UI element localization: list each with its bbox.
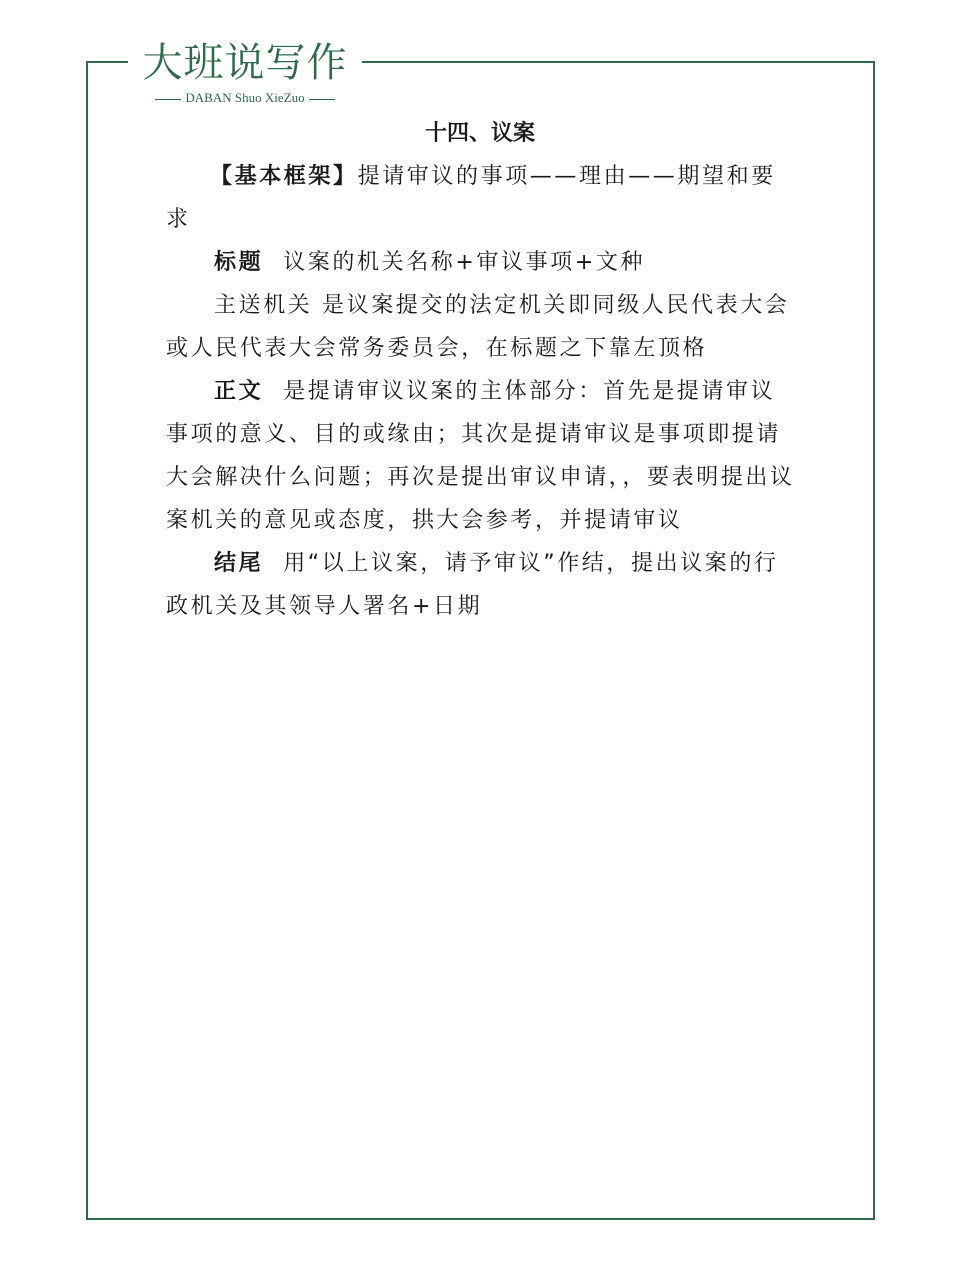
section-label: 标题 xyxy=(214,250,263,275)
brand-logo: 大班说写作 DABAN Shuo XieZuo xyxy=(128,38,362,106)
document-body: 【基本框架】提请审议的事项——理由——期望和要求 标题议案的机关名称+审议事项+… xyxy=(166,155,798,628)
framework-label: 【基本框架】 xyxy=(210,164,358,189)
section-label: 正文 xyxy=(214,379,263,404)
section-ending: 结尾用“以上议案，请予审议”作结，提出议案的行政机关及其领导人署名+日期 xyxy=(166,542,798,628)
brand-name-en-text: DABAN Shuo XieZuo xyxy=(185,90,304,105)
divider xyxy=(309,99,335,100)
divider xyxy=(155,99,181,100)
section-label-plain: 主送机关 xyxy=(214,293,312,318)
section-recipient: 主送机关 是议案提交的法定机关即同级人民代表大会或人民代表大会常务委员会，在标题… xyxy=(166,284,798,370)
section-label: 结尾 xyxy=(214,551,263,576)
brand-name-cn: 大班说写作 xyxy=(134,38,356,88)
document-title: 十四、议案 xyxy=(0,118,960,148)
section-text: 议案的机关名称+审议事项+文种 xyxy=(283,250,645,275)
framework-paragraph: 【基本框架】提请审议的事项——理由——期望和要求 xyxy=(166,155,798,241)
section-body: 正文是提请审议议案的主体部分：首先是提请审议事项的意义、目的或缘由；其次是提请审… xyxy=(166,370,798,542)
brand-name-en: DABAN Shuo XieZuo xyxy=(134,90,356,106)
section-title: 标题议案的机关名称+审议事项+文种 xyxy=(166,241,798,284)
